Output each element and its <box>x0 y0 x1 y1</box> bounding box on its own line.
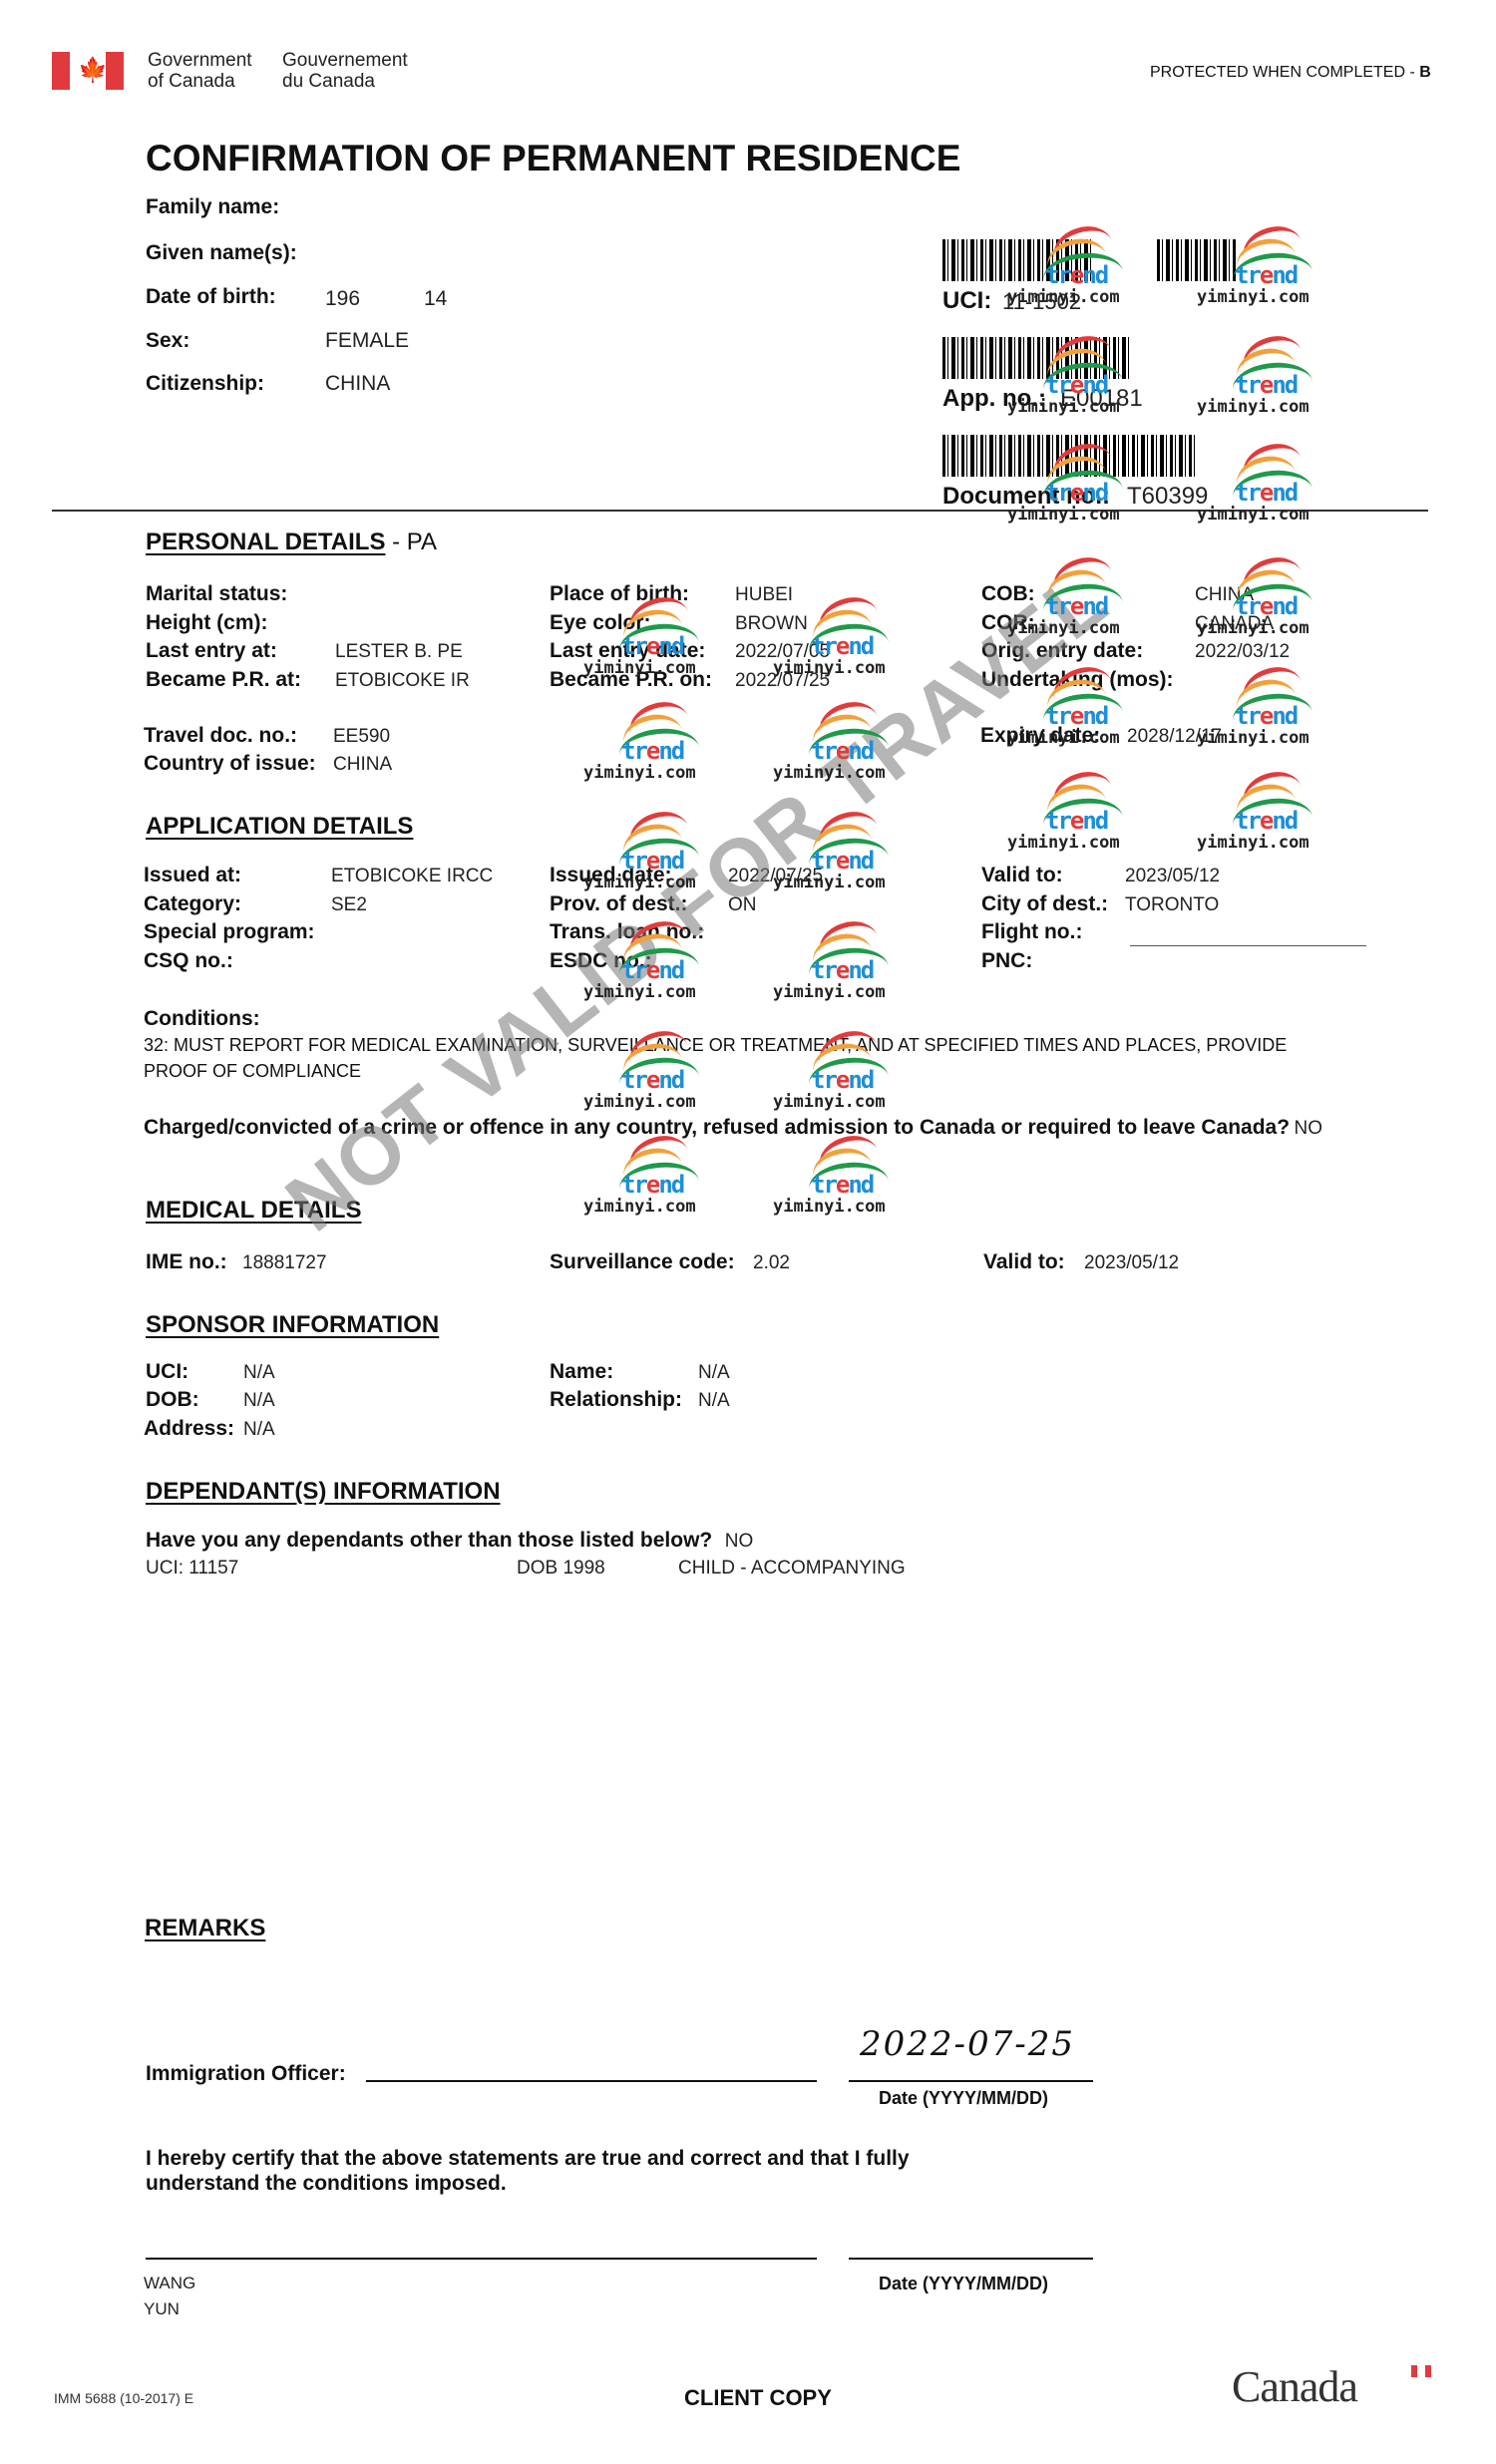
surveillance-label: Surveillance code: <box>550 1250 735 1274</box>
watermark-logo-icon: trendyiminyi.com <box>1197 773 1316 853</box>
officer-date-label: Date (YYYY/MM/DD) <box>879 2088 1048 2109</box>
document-no-value: T60399 <box>1127 483 1208 511</box>
gov-en-line1: Government <box>148 50 252 71</box>
dependant-relation: CHILD - ACCOMPANYING <box>678 1558 906 1580</box>
field-label: Issued at: <box>144 864 241 887</box>
field-label: Place of birth: <box>550 582 689 606</box>
criminal-answer: NO <box>1295 1118 1323 1139</box>
app-no-label: App. no.: <box>942 385 1046 413</box>
sponsor-address-label: Address: <box>144 1417 234 1441</box>
watermark-logo-icon: trendyiminyi.com <box>1197 445 1316 525</box>
page-title: CONFIRMATION OF PERMANENT RESIDENCE <box>146 138 960 179</box>
client-date-line[interactable] <box>849 2258 1093 2260</box>
sponsor-relationship-value: N/A <box>698 1390 730 1412</box>
remarks-heading: REMARKS <box>145 1915 265 1942</box>
field-value: TORONTO <box>1125 894 1219 916</box>
personal-details-title: PERSONAL DETAILS <box>146 528 385 555</box>
watermark-logo-icon: trendyiminyi.com <box>773 1137 893 1217</box>
sponsor-name-label: Name: <box>550 1360 613 1384</box>
client-name-line2: YUN <box>144 2299 180 2319</box>
expiry-value: 2028/12/17 <box>1127 726 1222 748</box>
sponsor-address-value: N/A <box>243 1419 275 1441</box>
field-label: Became P.R. on: <box>550 668 712 692</box>
uci-barcode <box>942 239 1092 281</box>
protected-label: PROTECTED WHEN COMPLETED - B <box>1150 64 1431 82</box>
field-label: Valid to: <box>981 864 1063 887</box>
personal-details-heading: PERSONAL DETAILS - PA <box>146 528 437 556</box>
client-date-label: Date (YYYY/MM/DD) <box>879 2274 1048 2294</box>
dependants-question: Have you any dependants other than those… <box>146 1529 753 1553</box>
citizenship-value: CHINA <box>325 372 390 396</box>
dependants-answer: NO <box>725 1531 754 1552</box>
sex-label: Sex: <box>146 329 189 353</box>
app-no-barcode <box>942 337 1132 379</box>
given-names-label: Given name(s): <box>146 241 297 265</box>
conditions-line1: 32: MUST REPORT FOR MEDICAL EXAMINATION,… <box>144 1035 1287 1056</box>
gov-fr-line1: Gouvernement <box>282 50 408 71</box>
medical-valid-to-value: 2023/05/12 <box>1084 1252 1179 1274</box>
dependants-heading: DEPENDANT(S) INFORMATION <box>146 1478 501 1506</box>
watermark-logo-icon: trendyiminyi.com <box>773 598 893 678</box>
uci-barcode-2 <box>1157 239 1237 281</box>
sex-value: FEMALE <box>325 329 409 353</box>
form-code: IMM 5688 (10-2017) E <box>54 2390 193 2406</box>
sponsor-relationship-label: Relationship: <box>550 1388 682 1412</box>
officer-date-line <box>849 2080 1093 2082</box>
dependant-dob: DOB 1998 <box>517 1558 605 1580</box>
canada-wordmark-flag-icon <box>1411 2365 1431 2377</box>
travel-doc-label: Travel doc. no.: <box>144 724 297 748</box>
protected-text: PROTECTED WHEN COMPLETED - <box>1150 64 1419 81</box>
client-copy-label: CLIENT COPY <box>684 2385 832 2411</box>
sponsor-uci-value: N/A <box>243 1362 275 1384</box>
travel-doc-value: EE590 <box>333 726 390 748</box>
sponsor-uci-label: UCI: <box>146 1360 188 1384</box>
citizenship-label: Citizenship: <box>146 372 264 396</box>
field-value: CANADA <box>1195 613 1274 635</box>
protected-level: B <box>1419 64 1431 81</box>
dob-label: Date of birth: <box>146 285 276 309</box>
sponsor-dob-value: N/A <box>243 1390 275 1412</box>
government-fr: Gouvernement du Canada <box>282 50 408 92</box>
field-label: Category: <box>144 892 241 916</box>
field-value: 2022/03/12 <box>1195 641 1290 663</box>
field-value: ETOBICOKE IRCC <box>331 866 493 887</box>
field-value: LESTER B. PE <box>335 641 463 663</box>
field-value: ETOBICOKE IR <box>335 670 470 692</box>
client-name-line1: WANG <box>144 2274 195 2293</box>
dependant-uci: UCI: 11157 <box>146 1558 238 1580</box>
conditions-label: Conditions: <box>144 1007 260 1031</box>
ime-value: 18881727 <box>242 1252 327 1274</box>
field-label: PNC: <box>981 949 1032 973</box>
expiry-label: Expiry date: <box>980 724 1100 748</box>
certify-line2: understand the conditions imposed. <box>146 2172 507 2196</box>
officer-signature-line[interactable] <box>366 2080 817 2082</box>
dob-value-part1: 196 <box>325 287 360 311</box>
sponsor-name-value: N/A <box>698 1362 730 1384</box>
field-value: CHINA <box>1195 584 1254 606</box>
sponsor-dob-label: DOB: <box>146 1388 199 1412</box>
field-label: Height (cm): <box>146 611 268 635</box>
watermark-logo-icon: trendyiminyi.com <box>583 1137 703 1217</box>
field-value: SE2 <box>331 894 367 916</box>
watermark-logo-icon: trendyiminyi.com <box>773 922 893 1002</box>
surveillance-value: 2.02 <box>753 1252 790 1274</box>
client-signature-line[interactable] <box>146 2258 817 2260</box>
country-of-issue-label: Country of issue: <box>144 752 316 776</box>
field-value: HUBEI <box>735 584 793 606</box>
certify-line1: I hereby certify that the above statemen… <box>146 2147 910 2171</box>
field-label: Eye color: <box>550 611 651 635</box>
personal-details-suffix: - PA <box>385 528 437 555</box>
field-label: CSQ no.: <box>144 949 233 973</box>
field-value: 2023/05/12 <box>1125 866 1220 887</box>
field-value: 2022/07/25 <box>735 670 830 692</box>
field-label: Flight no.: <box>981 920 1082 944</box>
government-en: Government of Canada <box>148 50 252 92</box>
header-divider <box>52 510 1428 512</box>
watermark-logo-icon: trendyiminyi.com <box>1197 337 1316 417</box>
field-value: BROWN <box>735 613 808 635</box>
sponsor-heading: SPONSOR INFORMATION <box>146 1311 439 1339</box>
field-label: Special program: <box>144 920 315 944</box>
field-label: Marital status: <box>146 582 287 606</box>
field-value: 2022/07/05 <box>735 641 830 663</box>
dob-value-part2: 14 <box>424 287 447 311</box>
field-label: City of dest.: <box>981 892 1108 916</box>
field-label: Last entry date: <box>550 639 705 663</box>
dependants-question-text: Have you any dependants other than those… <box>146 1529 712 1552</box>
family-name-label: Family name: <box>146 195 279 219</box>
criminal-question-text: Charged/convicted of a crime or offence … <box>144 1116 1290 1139</box>
document-barcode <box>942 435 1197 477</box>
canada-wordmark: Canada <box>1232 2361 1357 2412</box>
uci-label: UCI: <box>942 287 991 315</box>
gov-fr-line2: du Canada <box>282 71 408 92</box>
document-no-label: Document no.: <box>942 483 1110 511</box>
app-no-value: E00181 <box>1060 385 1143 413</box>
conditions-line2: PROOF OF COMPLIANCE <box>144 1061 361 1082</box>
uci-value: 11-1502 <box>1002 289 1081 315</box>
country-of-issue-value: CHINA <box>333 754 392 776</box>
watermark-logo-icon: trendyiminyi.com <box>583 703 703 783</box>
canada-flag-icon: 🍁 <box>52 52 124 90</box>
gov-en-line2: of Canada <box>148 71 252 92</box>
officer-date-handwritten: 2022-07-25 <box>860 2024 1075 2064</box>
field-label: Last entry at: <box>146 639 277 663</box>
officer-label: Immigration Officer: <box>146 2062 346 2086</box>
medical-valid-to-label: Valid to: <box>983 1250 1065 1274</box>
ime-label: IME no.: <box>146 1250 227 1274</box>
application-details-heading: APPLICATION DETAILS <box>146 813 413 841</box>
field-label: Became P.R. at: <box>146 668 301 692</box>
flight-no-line <box>1130 945 1366 946</box>
watermark-logo-icon: trendyiminyi.com <box>1007 773 1127 853</box>
